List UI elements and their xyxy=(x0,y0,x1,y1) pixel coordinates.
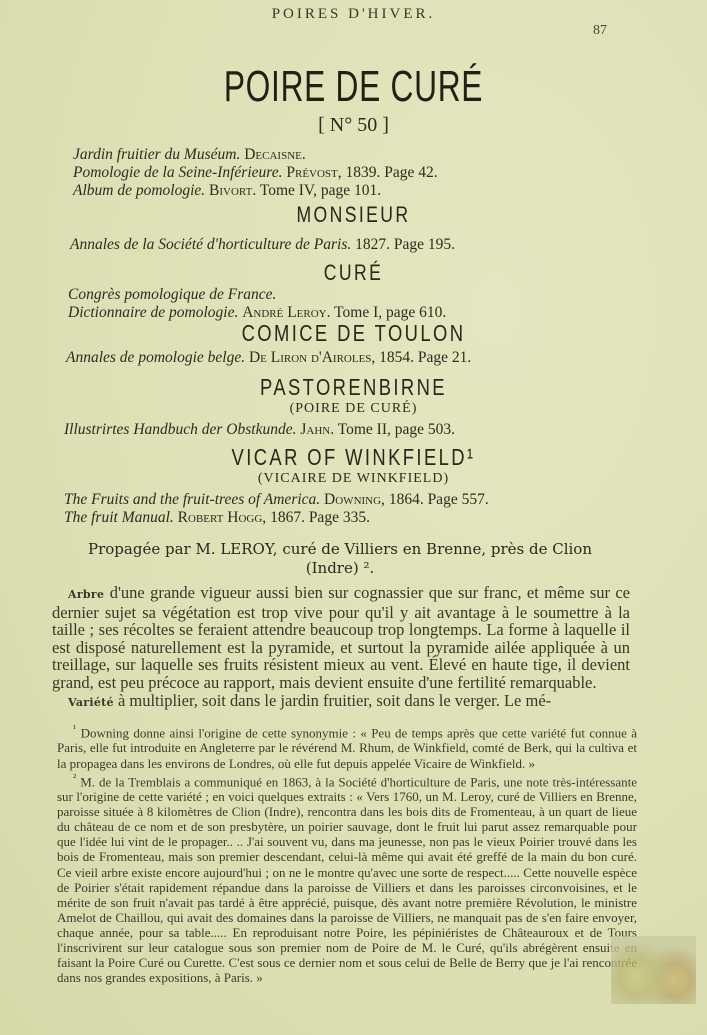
reference-detail: 1864. Page 557. xyxy=(389,491,489,508)
reference-detail: Tome IV, page 101. xyxy=(260,182,381,199)
running-head: POIRES D'HIVER. xyxy=(0,6,707,23)
footnote-text: M. de la Tremblais a communiqué en 1863,… xyxy=(57,774,637,985)
reference-detail: 1827. Page 195. xyxy=(355,236,455,253)
bleed-through-smudge xyxy=(611,936,696,1004)
footnote: ² M. de la Tremblais a communiqué en 186… xyxy=(57,771,637,986)
reference-author: Robert Hogg, xyxy=(178,509,267,526)
reference-detail: 1867. Page 335. xyxy=(270,509,370,526)
reference-work: Annales de pomologie belge. xyxy=(66,349,245,366)
section-label: Variété xyxy=(68,696,114,709)
synonym-comice-de-toulon: COMICE DE TOULON Annales de pomologie be… xyxy=(0,320,707,367)
footnote: ¹ Downing donne ainsi l'origine de cette… xyxy=(57,722,637,771)
reference-work: Congrès pomologique de France. xyxy=(68,286,276,303)
reference-line: Annales de pomologie belge. De Liron d'A… xyxy=(66,349,707,367)
reference-line: Annales de la Société d'horticulture de … xyxy=(70,236,707,254)
reference-detail: Tome I, page 610. xyxy=(334,304,446,321)
reference-work: Illustrirtes Handbuch der Obstkunde. xyxy=(64,421,296,438)
reference-detail: 1854. Page 21. xyxy=(379,349,471,366)
synonym-vicar-of-winkfield: VICAR OF WINKFIELD¹ (VICAIRE DE WINKFIEL… xyxy=(0,444,707,527)
synonym-heading: COMICE DE TOULON xyxy=(71,320,637,346)
reference-line: Congrès pomologique de France. xyxy=(68,286,707,304)
synonym-cure: CURÉ Congrès pomologique de France. Dict… xyxy=(0,260,707,322)
reference-line: Album de pomologie. Bivort. Tome IV, pag… xyxy=(73,182,707,200)
reference-work: Annales de la Société d'horticulture de … xyxy=(70,236,351,253)
page-title: POIRE DE CURÉ xyxy=(99,62,608,112)
reference-work: The Fruits and the fruit-trees of Americ… xyxy=(64,491,320,508)
reference-work: Jardin fruitier du Muséum. xyxy=(73,146,240,163)
synonym-heading: PASTORENBIRNE xyxy=(71,374,637,400)
synonym-heading: MONSIEUR xyxy=(71,202,637,228)
synonym-heading: VICAR OF WINKFIELD¹ xyxy=(71,444,637,470)
book-page: POIRES D'HIVER. 87 POIRE DE CURÉ [ N° 50… xyxy=(0,0,707,1035)
propagation-note: Propagée par M. LEROY, curé de Villiers … xyxy=(50,540,630,578)
synonym-heading: CURÉ xyxy=(71,260,637,286)
reference-work: Album de pomologie. xyxy=(73,182,205,199)
reference-author: Decaisne. xyxy=(244,146,306,163)
variety-number: [ N° 50 ] xyxy=(0,114,707,137)
primary-references: Jardin fruitier du Muséum. Decaisne. Pom… xyxy=(0,146,707,200)
reference-line: The fruit Manual. Robert Hogg, 1867. Pag… xyxy=(64,509,707,527)
page-number: 87 xyxy=(593,23,607,39)
reference-author: Prévost, xyxy=(286,164,341,181)
propagation-line: (Indre) ². xyxy=(50,559,630,578)
description-body: Arbre d'une grande vigueur aussi bien su… xyxy=(52,584,630,711)
reference-work: Dictionnaire de pomologie. xyxy=(68,304,238,321)
reference-line: Pomologie de la Seine-Inférieure. Prévos… xyxy=(73,164,707,182)
footnotes: ¹ Downing donne ainsi l'origine de cette… xyxy=(57,722,637,985)
synonym-pastorenbirne: PASTORENBIRNE (POIRE DE CURÉ) Illustrirt… xyxy=(0,374,707,439)
paragraph-text: d'une grande vigueur aussi bien sur cogn… xyxy=(52,583,630,692)
reference-work: The fruit Manual. xyxy=(64,509,174,526)
paragraph-arbre: Arbre d'une grande vigueur aussi bien su… xyxy=(52,584,630,692)
reference-work: Pomologie de la Seine-Inférieure. xyxy=(73,164,282,181)
reference-author: Downing, xyxy=(324,491,385,508)
synonym-monsieur: MONSIEUR Annales de la Société d'horticu… xyxy=(0,202,707,254)
reference-author: Bivort. xyxy=(209,182,256,199)
reference-author: De Liron d'Airoles, xyxy=(249,349,375,366)
reference-author: André Leroy. xyxy=(242,304,330,321)
reference-detail: Tome II, page 503. xyxy=(338,421,455,438)
reference-line: Illustrirtes Handbuch der Obstkunde. Jah… xyxy=(64,421,707,439)
reference-author: Jahn. xyxy=(300,421,334,438)
footnote-text: Downing donne ainsi l'origine de cette s… xyxy=(57,725,637,770)
synonym-subtitle: (POIRE DE CURÉ) xyxy=(0,400,707,417)
propagation-line: Propagée par M. LEROY, curé de Villiers … xyxy=(50,540,630,559)
reference-detail: 1839. Page 42. xyxy=(346,164,438,181)
paragraph-text: à multiplier, soit dans le jardin fruiti… xyxy=(114,691,551,710)
paragraph-variete: Variété à multiplier, soit dans le jardi… xyxy=(52,692,630,712)
reference-line: The Fruits and the fruit-trees of Americ… xyxy=(64,491,707,509)
section-label: Arbre xyxy=(68,588,104,601)
synonym-subtitle: (VICAIRE DE WINKFIELD) xyxy=(0,470,707,487)
reference-line: Jardin fruitier du Muséum. Decaisne. xyxy=(73,146,707,164)
